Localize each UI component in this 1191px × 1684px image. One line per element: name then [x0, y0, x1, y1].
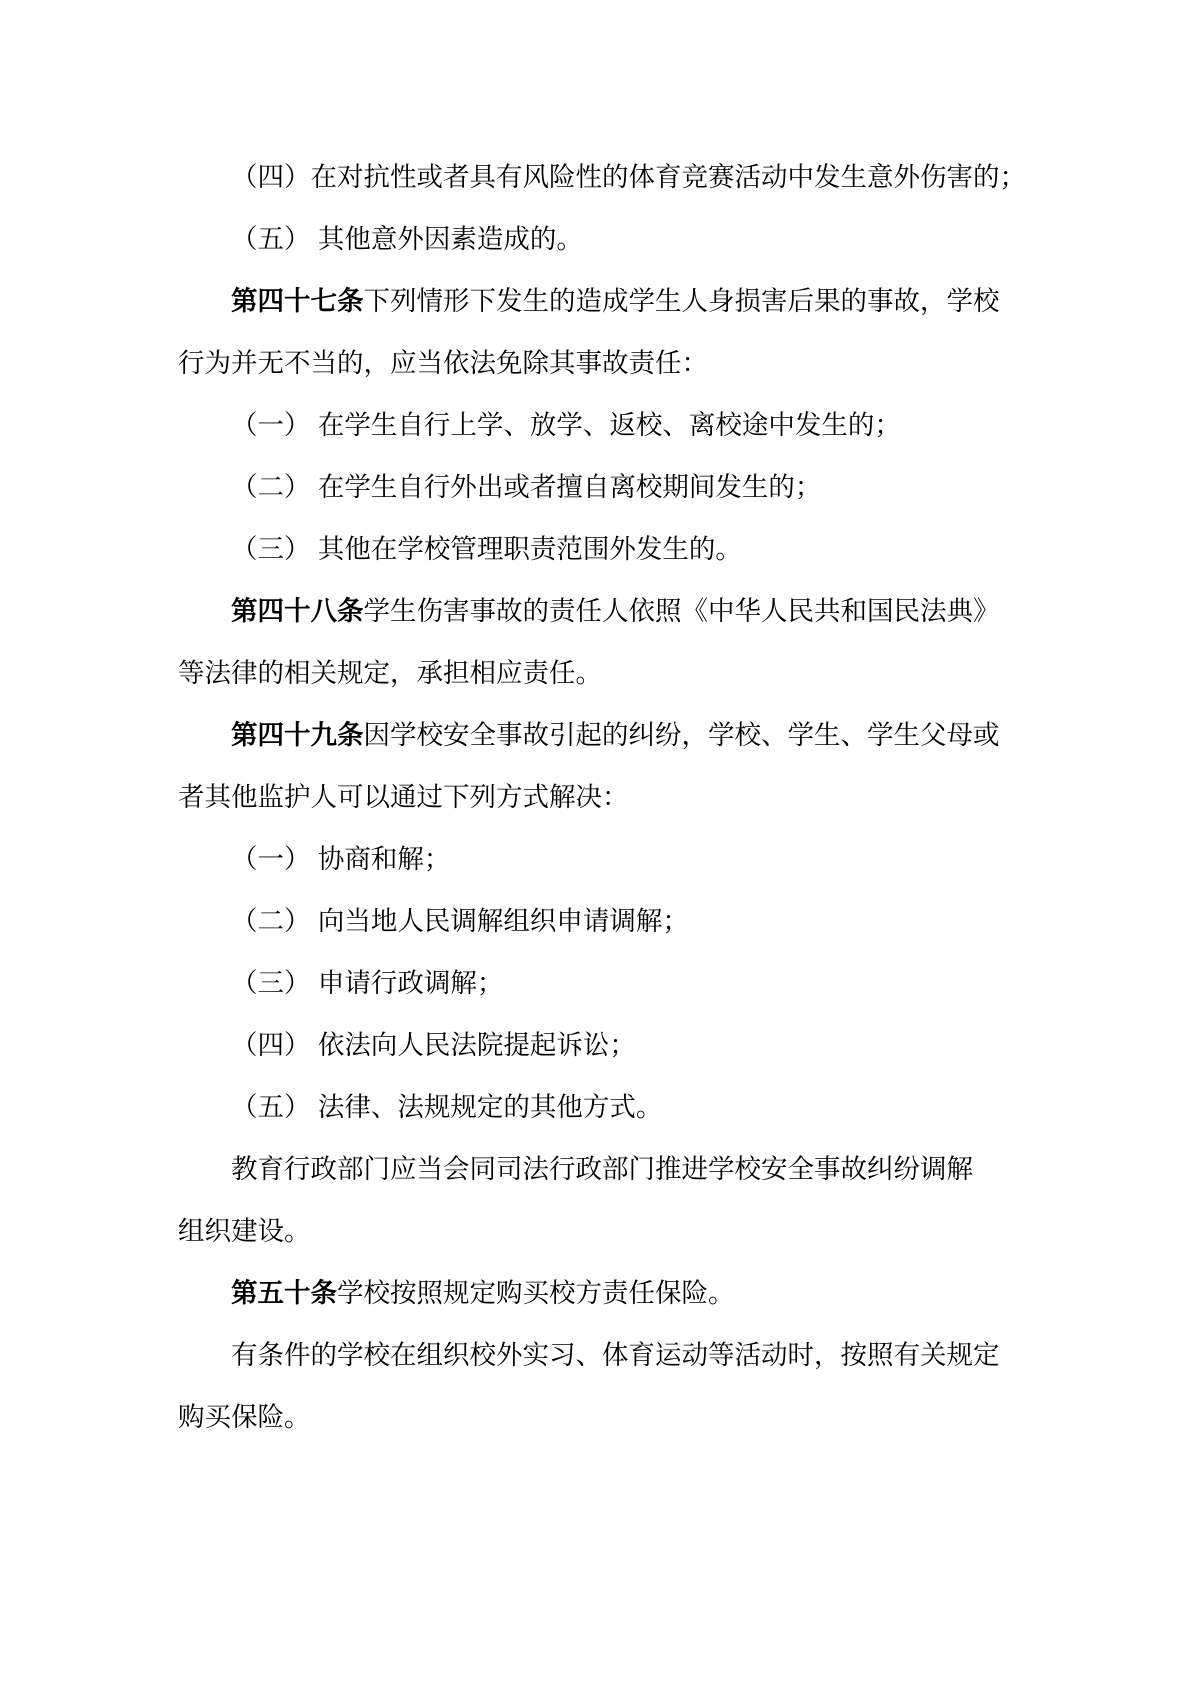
article-number: 第四十九条	[231, 720, 364, 750]
line-text: （三） 申请行政调解；	[231, 968, 503, 998]
article-number: 第四十七条	[231, 286, 364, 316]
line-text: （一） 协商和解；	[231, 844, 450, 874]
line-text: （四）在对抗性或者具有风险性的体育竞赛活动中发生意外伤害的；	[231, 162, 1026, 192]
line-text: 购买保险。	[178, 1402, 311, 1432]
text-line: 教育行政部门应当会同司法行政部门推进学校安全事故纠纷调解	[178, 1138, 1023, 1200]
text-line: （四） 依法向人民法院提起诉讼；	[178, 1014, 1023, 1076]
text-line: 第五十条学校按照规定购买校方责任保险。	[178, 1262, 1023, 1324]
line-text: （四） 依法向人民法院提起诉讼；	[231, 1030, 636, 1060]
line-text: （三） 其他在学校管理职责范围外发生的。	[231, 534, 742, 564]
text-line: （二） 在学生自行外出或者擅自离校期间发生的；	[178, 456, 1023, 518]
text-line: （一） 协商和解；	[178, 828, 1023, 890]
text-line: 第四十八条学生伤害事故的责任人依照《中华人民共和国民法典》	[178, 580, 1023, 642]
line-text: 组织建设。	[178, 1216, 311, 1246]
document-body: （四）在对抗性或者具有风险性的体育竞赛活动中发生意外伤害的； （五） 其他意外因…	[178, 146, 1023, 1448]
text-line: （三） 申请行政调解；	[178, 952, 1023, 1014]
text-line: （五） 其他意外因素造成的。	[178, 208, 1023, 270]
text-line: （一） 在学生自行上学、放学、返校、离校途中发生的；	[178, 394, 1023, 456]
text-line: 购买保险。	[178, 1386, 1023, 1448]
text-line: （三） 其他在学校管理职责范围外发生的。	[178, 518, 1023, 580]
text-line: （二） 向当地人民调解组织申请调解；	[178, 890, 1023, 952]
line-text: （五） 其他意外因素造成的。	[231, 224, 583, 254]
line-text: 学生伤害事故的责任人依照《中华人民共和国民法典》	[364, 596, 1000, 626]
line-text: （二） 在学生自行外出或者擅自离校期间发生的；	[231, 472, 821, 502]
text-line: 者其他监护人可以通过下列方式解决：	[178, 766, 1023, 828]
document-page: （四）在对抗性或者具有风险性的体育竞赛活动中发生意外伤害的； （五） 其他意外因…	[0, 0, 1191, 1684]
line-text: 者其他监护人可以通过下列方式解决：	[178, 782, 629, 812]
text-line: 行为并无不当的，应当依法免除其事故责任：	[178, 332, 1023, 394]
text-line: 第四十九条因学校安全事故引起的纠纷，学校、学生、学生父母或	[178, 704, 1023, 766]
line-text: 下列情形下发生的造成学生人身损害后果的事故，学校	[364, 286, 1000, 316]
text-line: 有条件的学校在组织校外实习、体育运动等活动时，按照有关规定	[178, 1324, 1023, 1386]
line-text: 有条件的学校在组织校外实习、体育运动等活动时，按照有关规定	[231, 1340, 1000, 1370]
line-text: 教育行政部门应当会同司法行政部门推进学校安全事故纠纷调解	[231, 1154, 973, 1184]
text-line: 等法律的相关规定，承担相应责任。	[178, 642, 1023, 704]
line-text: （一） 在学生自行上学、放学、返校、离校途中发生的；	[231, 410, 901, 440]
line-text: （二） 向当地人民调解组织申请调解；	[231, 906, 689, 936]
text-line: （五） 法律、法规规定的其他方式。	[178, 1076, 1023, 1138]
article-number: 第五十条	[231, 1278, 337, 1308]
line-text: （五） 法律、法规规定的其他方式。	[231, 1092, 662, 1122]
line-text: 行为并无不当的，应当依法免除其事故责任：	[178, 348, 708, 378]
text-line: （四）在对抗性或者具有风险性的体育竞赛活动中发生意外伤害的；	[178, 146, 1023, 208]
line-text: 学校按照规定购买校方责任保险。	[337, 1278, 735, 1308]
text-line: 第四十七条下列情形下发生的造成学生人身损害后果的事故，学校	[178, 270, 1023, 332]
line-text: 因学校安全事故引起的纠纷，学校、学生、学生父母或	[364, 720, 1000, 750]
text-line: 组织建设。	[178, 1200, 1023, 1262]
article-number: 第四十八条	[231, 596, 364, 626]
line-text: 等法律的相关规定，承担相应责任。	[178, 658, 602, 688]
